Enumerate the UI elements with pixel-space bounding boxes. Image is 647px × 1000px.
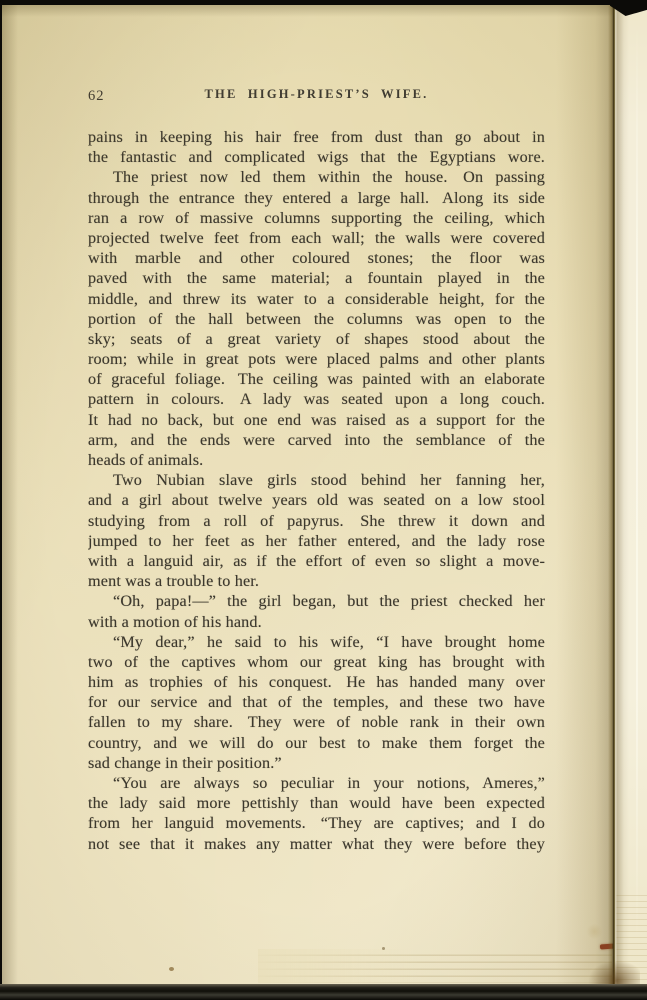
text-line: portion of the hall between the columns … — [88, 309, 545, 329]
fore-edge-highlight — [636, 20, 638, 950]
page-crease — [608, 5, 617, 984]
text-line: It had no back, but one end was raised a… — [88, 410, 545, 430]
text-line: sky; seats of a great variety of shapes … — [88, 329, 545, 349]
text-line: Two Nubian slave girls stood behind her … — [88, 470, 545, 490]
page-number: 62 — [88, 88, 105, 105]
text-line: with a motion of his hand. — [88, 612, 545, 632]
page-header: 62 THE HIGH-PRIEST’S WIFE. — [88, 87, 545, 105]
text-line: from her languid movements. “They are ca… — [88, 813, 545, 833]
text-line: studying from a roll of papyrus. She thr… — [88, 511, 545, 531]
text-line: of graceful foliage. The ceiling was pai… — [88, 369, 545, 389]
fore-edge-pages — [615, 7, 647, 984]
scan-top-border — [0, 0, 647, 5]
page-left-shadow — [2, 5, 18, 984]
text-line: pains in keeping his hair free from dust… — [88, 127, 545, 147]
text-line: ment was a trouble to her. — [88, 571, 545, 591]
text-line: jumped to her feet as her father entered… — [88, 531, 545, 551]
text-line: room; while in great pots were placed pa… — [88, 349, 545, 369]
paper-speck — [169, 967, 174, 971]
text-line: through the entrance they entered a larg… — [88, 188, 545, 208]
text-line: the fantastic and complicated wigs that … — [88, 147, 545, 167]
scan-left-border — [0, 0, 2, 1000]
text-line: The priest now led them within the house… — [88, 167, 545, 187]
text-line: him as trophies of his conquest. He has … — [88, 672, 545, 692]
book-scan: 62 THE HIGH-PRIEST’S WIFE. pains in keep… — [0, 0, 647, 1000]
text-line: with marble and other coloured stones; t… — [88, 248, 545, 268]
text-line: “You are always so peculiar in your noti… — [88, 773, 545, 793]
text-line: paved with the same material; a fountain… — [88, 268, 545, 288]
text-line: heads of animals. — [88, 450, 545, 470]
text-block: pains in keeping his hair free from dust… — [88, 127, 545, 854]
text-line: not see that it makes any matter what th… — [88, 834, 545, 854]
text-line: arm, and the ends were carved into the s… — [88, 430, 545, 450]
page-top-shadow — [2, 5, 615, 17]
text-line: “Oh, papa!—” the girl began, but the pri… — [88, 591, 545, 611]
paper-blemish — [586, 924, 603, 939]
text-line: fallen to my share. They were of noble r… — [88, 712, 545, 732]
crease-smudge — [588, 960, 640, 986]
text-line: pattern in colours. A lady was seated up… — [88, 389, 545, 409]
bottom-book-edge — [0, 984, 647, 1000]
text-line: with a languid air, as if the effort of … — [88, 551, 545, 571]
paper-speck — [382, 947, 385, 950]
text-line: and a girl about twelve years old was se… — [88, 490, 545, 510]
text-line: ran a row of massive columns supporting … — [88, 208, 545, 228]
text-line: projected twelve feet from each wall; th… — [88, 228, 545, 248]
text-line: “My dear,” he said to his wife, “I have … — [88, 632, 545, 652]
text-line: two of the captives whom our great king … — [88, 652, 545, 672]
text-line: country, and we will do our best to make… — [88, 733, 545, 753]
page-curvature-shadow — [556, 5, 612, 984]
running-header: THE HIGH-PRIEST’S WIFE. — [88, 87, 545, 102]
text-line: the lady said more pettishly than would … — [88, 793, 545, 813]
text-line: middle, and threw its water to a conside… — [88, 289, 545, 309]
text-line: sad change in their position.” — [88, 753, 545, 773]
page-bottom-edge-lines — [258, 949, 612, 983]
text-line: for our service and that of the temples,… — [88, 692, 545, 712]
